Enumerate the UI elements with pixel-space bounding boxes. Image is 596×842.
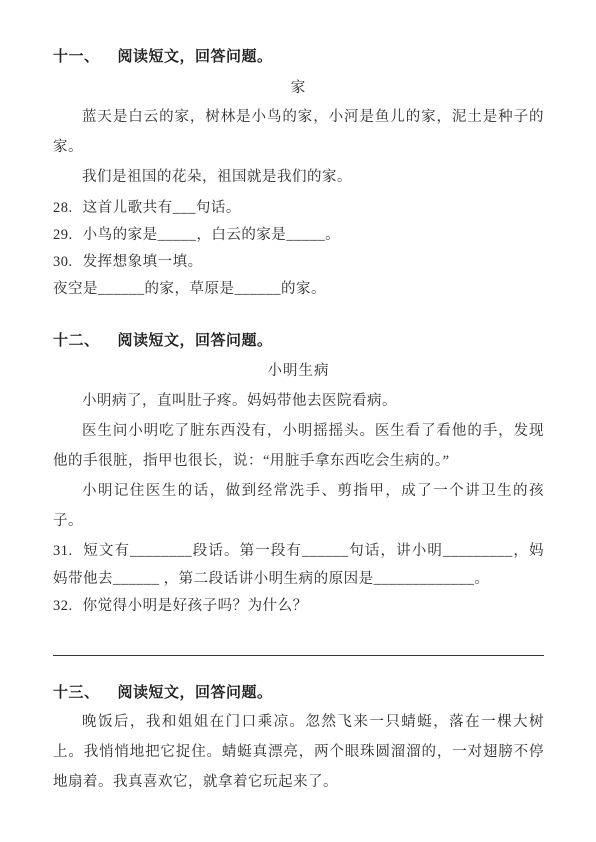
- section-number: 十一、: [53, 48, 100, 65]
- section-title: 阅读短文，回答问题。: [118, 332, 273, 349]
- passage-title: 家: [53, 75, 544, 103]
- section-heading: 十一、阅读短文，回答问题。: [53, 46, 544, 69]
- section-number: 十二、: [53, 332, 100, 349]
- question-list: 31.短文有________段话。第一段有______句话，讲小明_______…: [53, 538, 544, 620]
- question-text: 短文有________段话。第一段有______句话，讲小明_________，…: [53, 543, 544, 586]
- passage-paragraph: 小明病了，直叫肚子疼。妈妈带他去医院看病。: [53, 386, 544, 416]
- passage-paragraph: 蓝天是白云的家，树林是小鸟的家，小河是鱼儿的家，泥土是种子的家。: [53, 102, 544, 162]
- question-number: 32.: [53, 598, 73, 614]
- question-30: 30.发挥想象填一填。: [53, 249, 544, 276]
- question-text: 发挥想象填一填。: [83, 254, 203, 270]
- passage-title: 小明生病: [53, 358, 544, 386]
- question-number: 28.: [53, 200, 73, 216]
- section-eleven: 十一、阅读短文，回答问题。 家 蓝天是白云的家，树林是小鸟的家，小河是鱼儿的家，…: [53, 46, 544, 304]
- section-heading: 十三、阅读短文，回答问题。: [53, 682, 544, 705]
- question-number: 31.: [53, 543, 73, 559]
- worksheet-page: 十一、阅读短文，回答问题。 家 蓝天是白云的家，树林是小鸟的家，小河是鱼儿的家，…: [0, 0, 596, 842]
- passage-paragraph: 我们是祖国的花朵，祖国就是我们的家。: [53, 162, 544, 192]
- section-title: 阅读短文，回答问题。: [118, 48, 273, 65]
- question-31: 31.短文有________段话。第一段有______句话，讲小明_______…: [53, 538, 544, 593]
- question-list: 28.这首儿歌共有___句话。 29.小鸟的家是_____，白云的家是_____…: [53, 195, 544, 304]
- section-title: 阅读短文，回答问题。: [118, 684, 273, 701]
- question-text: 你觉得小明是好孩子吗？为什么？: [83, 598, 308, 614]
- section-number: 十三、: [53, 684, 100, 701]
- fill-in-line: 夜空是______的家，草原是______的家。: [53, 276, 544, 303]
- section-heading: 十二、阅读短文，回答问题。: [53, 330, 544, 353]
- passage-paragraph: 医生问小明吃了脏东西没有，小明摇摇头。医生看了看他的手，发现他的手很脏，指甲也很…: [53, 416, 544, 476]
- question-number: 29.: [53, 227, 73, 243]
- answer-blank-line: [53, 630, 544, 656]
- question-29: 29.小鸟的家是_____，白云的家是_____。: [53, 222, 544, 249]
- passage-paragraph: 晚饭后，我和姐姐在门口乘凉。忽然飞来一只蜻蜓，落在一棵大树上。我悄悄地把它捉住。…: [53, 707, 544, 797]
- section-thirteen: 十三、阅读短文，回答问题。 晚饭后，我和姐姐在门口乘凉。忽然飞来一只蜻蜓，落在一…: [53, 682, 544, 797]
- question-number: 30.: [53, 254, 73, 270]
- question-text: 小鸟的家是_____，白云的家是_____。: [83, 227, 341, 243]
- question-28: 28.这首儿歌共有___句话。: [53, 195, 544, 222]
- question-text: 这首儿歌共有___句话。: [83, 200, 241, 216]
- section-twelve: 十二、阅读短文，回答问题。 小明生病 小明病了，直叫肚子疼。妈妈带他去医院看病。…: [53, 330, 544, 657]
- passage-body: 晚饭后，我和姐姐在门口乘凉。忽然飞来一只蜻蜓，落在一棵大树上。我悄悄地把它捉住。…: [53, 707, 544, 797]
- passage-paragraph: 小明记住医生的话，做到经常洗手、剪指甲，成了一个讲卫生的孩子。: [53, 476, 544, 536]
- question-32: 32.你觉得小明是好孩子吗？为什么？: [53, 593, 544, 620]
